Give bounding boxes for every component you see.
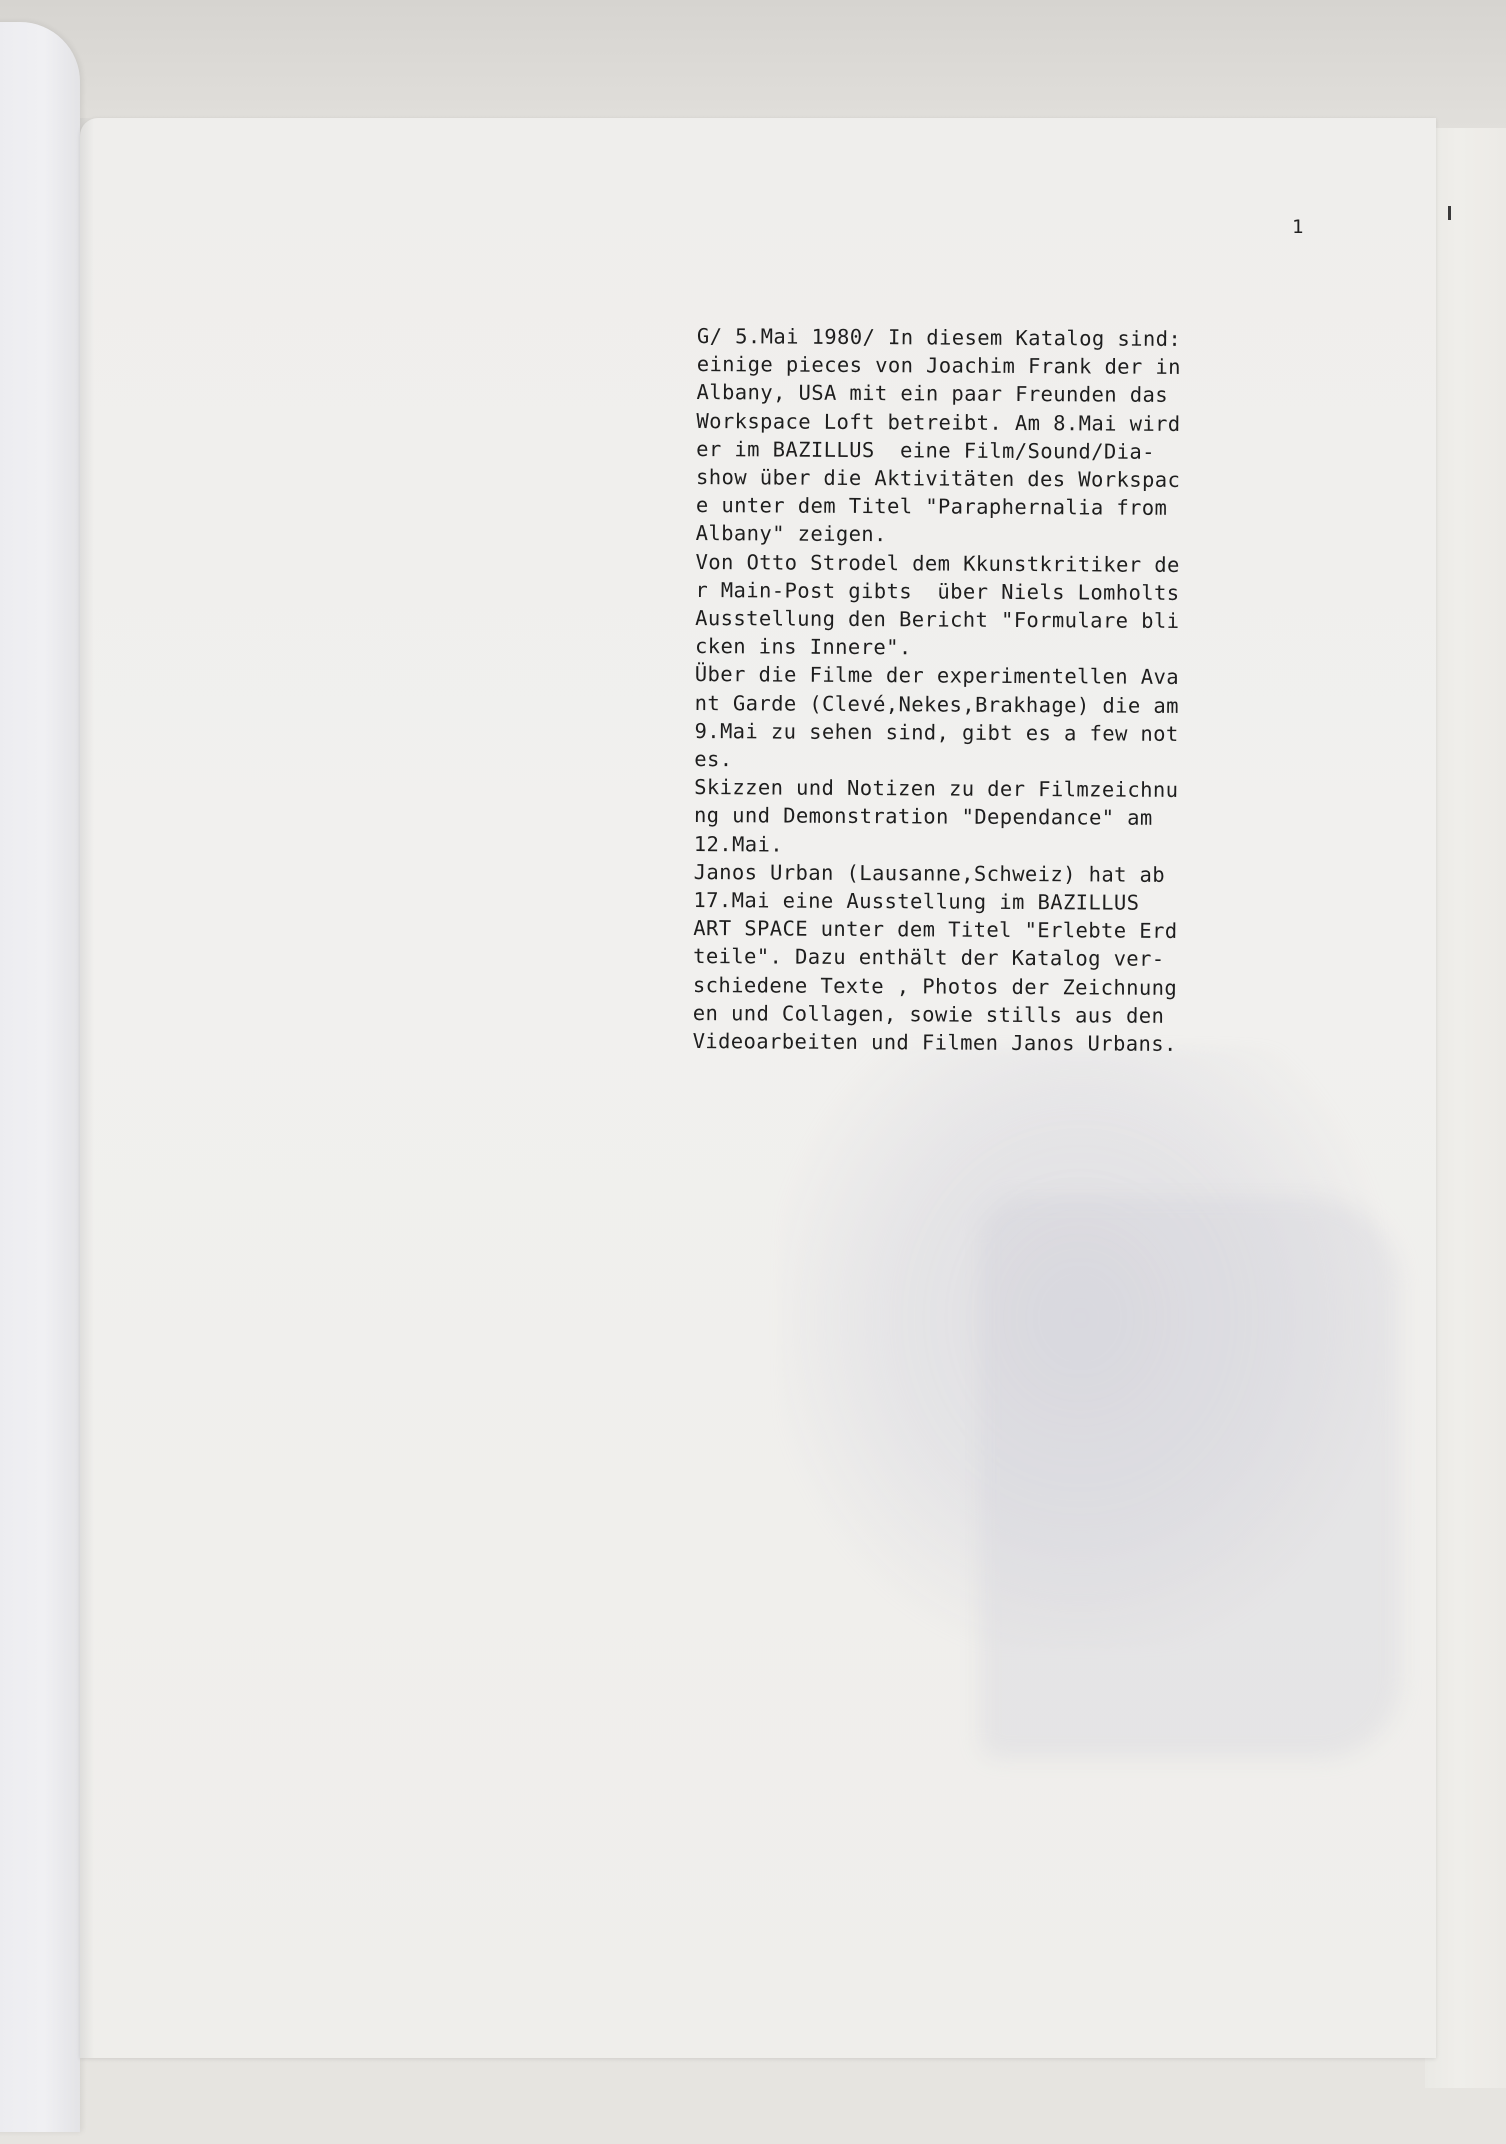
text-line: ng und Demonstration "Dependance" am bbox=[694, 801, 1254, 833]
text-line: Janos Urban (Lausanne,Schweiz) hat ab bbox=[694, 858, 1254, 890]
text-line: es. bbox=[694, 745, 1254, 777]
text-line: Über die Filme der experimentellen Ava bbox=[695, 660, 1255, 692]
show-through-image-shadow bbox=[980, 1198, 1400, 1758]
text-line: Von Otto Strodel dem Kkunstkritiker de bbox=[695, 548, 1255, 580]
text-line: schiedene Texte , Photos der Zeichnung bbox=[693, 971, 1253, 1003]
page-number: 1 bbox=[1292, 216, 1303, 238]
text-line: en und Collagen, sowie stills aus den bbox=[693, 999, 1253, 1031]
text-line: G/ 5.Mai 1980/ In diesem Katalog sind: bbox=[697, 322, 1257, 354]
text-line: Albany" zeigen. bbox=[696, 519, 1256, 551]
text-line: teile". Dazu enthält der Katalog ver- bbox=[693, 942, 1253, 974]
text-line: r Main-Post gibts über Niels Lomholts bbox=[695, 576, 1255, 608]
left-page-edge bbox=[0, 22, 80, 2132]
text-line: cken ins Innere". bbox=[695, 632, 1255, 664]
text-line: nt Garde (Clevé,Nekes,Brakhage) die am bbox=[695, 689, 1255, 721]
typewritten-text: G/ 5.Mai 1980/ In diesem Katalog sind: e… bbox=[693, 322, 1257, 1059]
text-line: Ausstellung den Bericht "Formulare bli bbox=[695, 604, 1255, 636]
text-line: Albany, USA mit ein paar Freunden das bbox=[696, 378, 1256, 410]
text-line: er im BAZILLUS eine Film/Sound/Dia- bbox=[696, 435, 1256, 467]
text-line: 9.Mai zu sehen sind, gibt es a few not bbox=[694, 717, 1254, 749]
text-line: Workspace Loft betreibt. Am 8.Mai wird bbox=[696, 407, 1256, 439]
underlying-page-edge bbox=[1425, 128, 1506, 2088]
text-line: ART SPACE unter dem Titel "Erlebte Erd bbox=[693, 914, 1253, 946]
text-line: Skizzen und Notizen zu der Filmzeichnu bbox=[694, 773, 1254, 805]
text-line: show über die Aktivitäten des Workspac bbox=[696, 463, 1256, 495]
underlying-page-mark bbox=[1448, 206, 1451, 220]
text-line: Videoarbeiten und Filmen Janos Urbans. bbox=[693, 1027, 1253, 1059]
text-line: 17.Mai eine Ausstellung im BAZILLUS bbox=[693, 886, 1253, 918]
text-line: e unter dem Titel "Paraphernalia from bbox=[696, 491, 1256, 523]
text-line: 12.Mai. bbox=[694, 830, 1254, 862]
text-line: einige pieces von Joachim Frank der in bbox=[697, 350, 1257, 382]
